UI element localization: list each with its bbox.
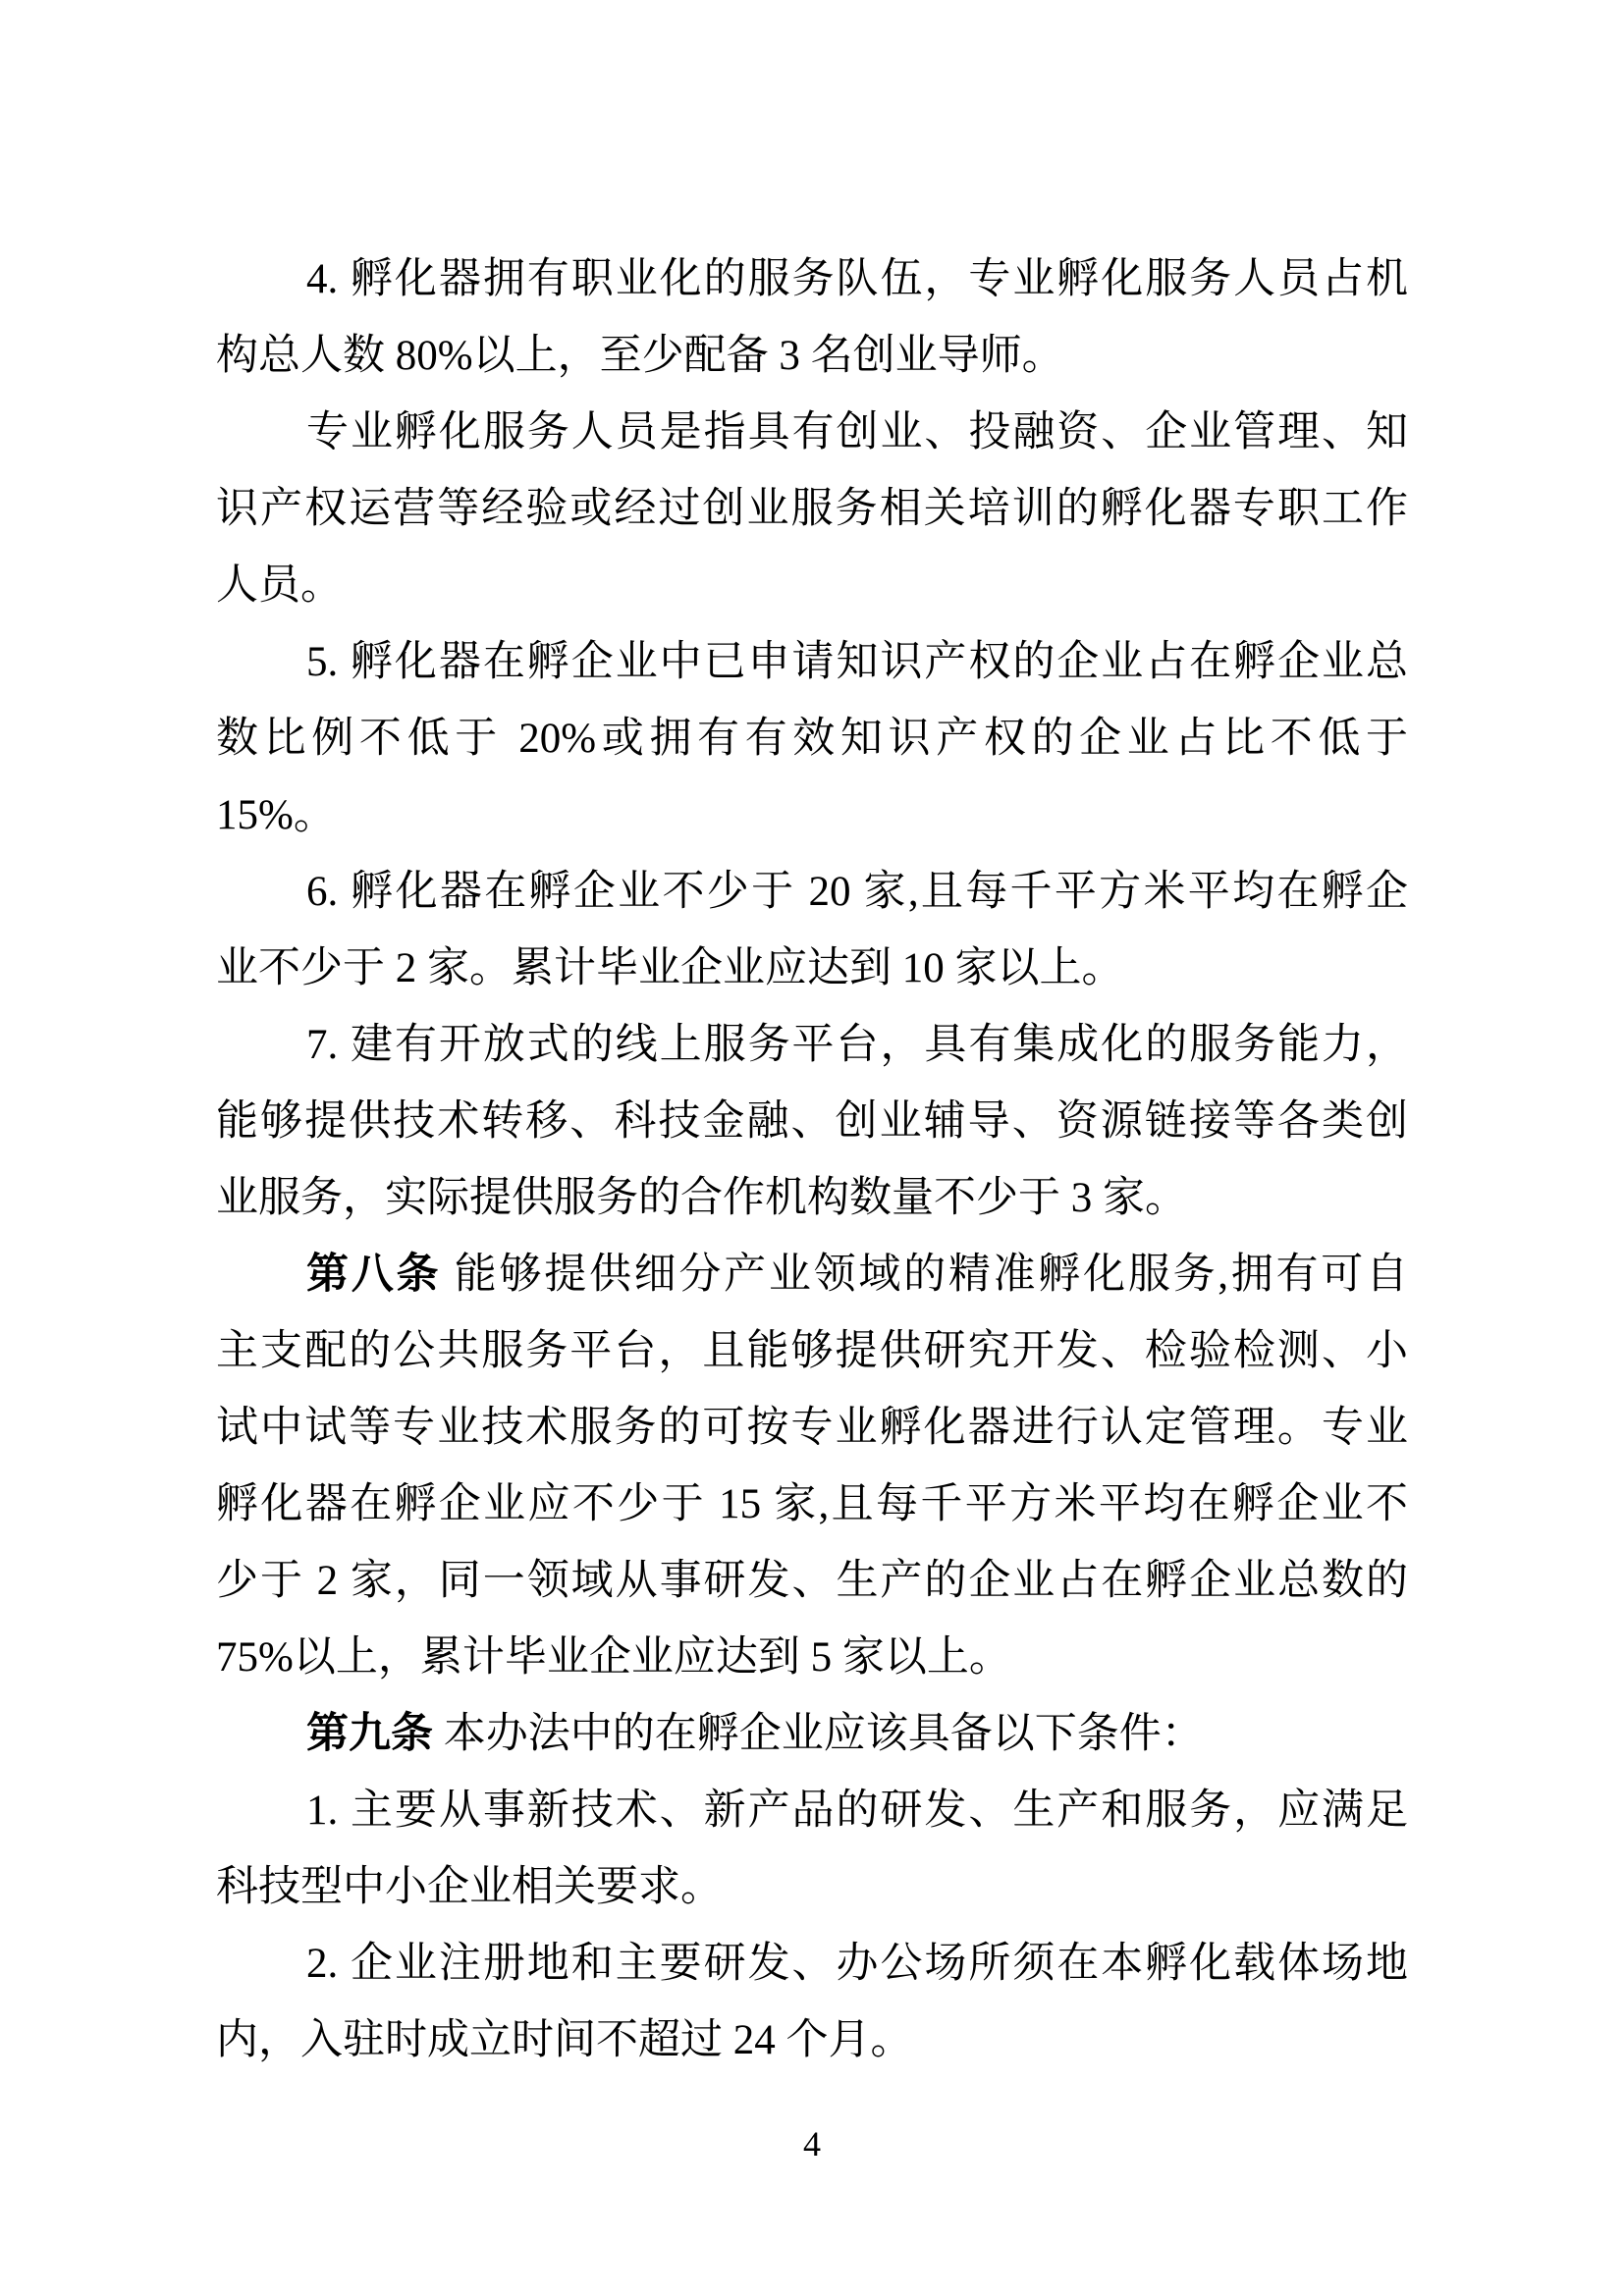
text-line: 5. 孵化器在孵企业中已申请知识产权的企业占在孵企业总 (216, 624, 1408, 701)
text-run: 专业孵化服务人员是指具有创业、投融资、企业管理、知 (306, 409, 1408, 455)
text-line: 75%以上，累计毕业企业应达到 5 家以上。 (216, 1620, 1408, 1696)
text-run: 构总人数 80%以上，至少配备 3 名创业导师。 (216, 333, 1064, 379)
document-body: 4. 孵化器拥有职业化的服务队伍，专业孵化服务人员占机构总人数 80%以上，至少… (216, 241, 1408, 2079)
text-line: 科技型中小企业相关要求。 (216, 1849, 1408, 1926)
text-run: 75%以上，累计毕业企业应达到 5 家以上。 (216, 1634, 1011, 1681)
text-run: 能够提供细分产业领域的精准孵化服务,拥有可自 (441, 1252, 1408, 1298)
article-heading: 第九条 (306, 1711, 433, 1757)
text-line: 业不少于 2 家。累计毕业企业应达到 10 家以上。 (216, 931, 1408, 1007)
text-run: 能够提供技术转移、科技金融、创业辅导、资源链接等各类创 (216, 1098, 1408, 1145)
text-run: 7. 建有开放式的线上服务平台，具有集成化的服务能力， (306, 1022, 1408, 1068)
text-run: 主支配的公共服务平台，且能够提供研究开发、检验检测、小 (216, 1328, 1408, 1374)
document-page: 4. 孵化器拥有职业化的服务队伍，专业孵化服务人员占机构总人数 80%以上，至少… (0, 0, 1624, 2296)
text-run: 1. 主要从事新技术、新产品的研发、生产和服务，应满足 (306, 1788, 1408, 1834)
text-line: 主支配的公共服务平台，且能够提供研究开发、检验检测、小 (216, 1313, 1408, 1390)
article-heading: 第八条 (306, 1252, 441, 1298)
text-line: 4. 孵化器拥有职业化的服务队伍，专业孵化服务人员占机 (216, 241, 1408, 318)
text-line: 1. 主要从事新技术、新产品的研发、生产和服务，应满足 (216, 1773, 1408, 1849)
text-run: 4. 孵化器拥有职业化的服务队伍，专业孵化服务人员占机 (306, 256, 1408, 302)
text-run: 5. 孵化器在孵企业中已申请知识产权的企业占在孵企业总 (306, 639, 1408, 685)
text-line: 能够提供技术转移、科技金融、创业辅导、资源链接等各类创 (216, 1084, 1408, 1160)
text-run: 2. 企业注册地和主要研发、办公场所须在本孵化载体场地 (306, 1941, 1408, 1987)
text-run: 科技型中小企业相关要求。 (216, 1864, 723, 1910)
text-run: 数比例不低于 20%或拥有有效知识产权的企业占比不低于 (216, 716, 1408, 762)
text-line: 少于 2 家，同一领域从事研发、生产的企业占在孵企业总数的 (216, 1543, 1408, 1620)
text-run: 15%。 (216, 792, 336, 838)
text-line: 识产权运营等经验或经过创业服务相关培训的孵化器专职工作 (216, 471, 1408, 548)
text-line: 业服务，实际提供服务的合作机构数量不少于 3 家。 (216, 1160, 1408, 1237)
text-run: 内，入驻时成立时间不超过 24 个月。 (216, 2017, 913, 2063)
text-run: 识产权运营等经验或经过创业服务相关培训的孵化器专职工作 (216, 486, 1408, 532)
text-line: 内，入驻时成立时间不超过 24 个月。 (216, 2002, 1408, 2079)
text-line: 第九条 本办法中的在孵企业应该具备以下条件： (216, 1696, 1408, 1773)
text-line: 2. 企业注册地和主要研发、办公场所须在本孵化载体场地 (216, 1926, 1408, 2002)
text-line: 试中试等专业技术服务的可按专业孵化器进行认定管理。专业 (216, 1390, 1408, 1467)
text-run: 业服务，实际提供服务的合作机构数量不少于 3 家。 (216, 1175, 1187, 1221)
text-run: 人员。 (216, 562, 343, 609)
text-line: 构总人数 80%以上，至少配备 3 名创业导师。 (216, 318, 1408, 395)
page-number: 4 (0, 2122, 1624, 2165)
text-line: 7. 建有开放式的线上服务平台，具有集成化的服务能力， (216, 1007, 1408, 1084)
text-run: 少于 2 家，同一领域从事研发、生产的企业占在孵企业总数的 (216, 1558, 1408, 1604)
text-run: 业不少于 2 家。累计毕业企业应达到 10 家以上。 (216, 945, 1124, 991)
text-line: 人员。 (216, 548, 1408, 624)
text-line: 6. 孵化器在孵企业不少于 20 家,且每千平方米平均在孵企 (216, 854, 1408, 931)
text-run: 孵化器在孵企业应不少于 15 家,且每千平方米平均在孵企业不 (216, 1481, 1408, 1527)
text-line: 数比例不低于 20%或拥有有效知识产权的企业占比不低于 (216, 701, 1408, 777)
text-line: 第八条 能够提供细分产业领域的精准孵化服务,拥有可自 (216, 1237, 1408, 1313)
text-line: 专业孵化服务人员是指具有创业、投融资、企业管理、知 (216, 395, 1408, 471)
text-run: 6. 孵化器在孵企业不少于 20 家,且每千平方米平均在孵企 (306, 869, 1408, 915)
text-run: 本办法中的在孵企业应该具备以下条件： (433, 1711, 1204, 1757)
text-line: 15%。 (216, 777, 1408, 854)
text-line: 孵化器在孵企业应不少于 15 家,且每千平方米平均在孵企业不 (216, 1467, 1408, 1543)
text-run: 试中试等专业技术服务的可按专业孵化器进行认定管理。专业 (216, 1405, 1408, 1451)
